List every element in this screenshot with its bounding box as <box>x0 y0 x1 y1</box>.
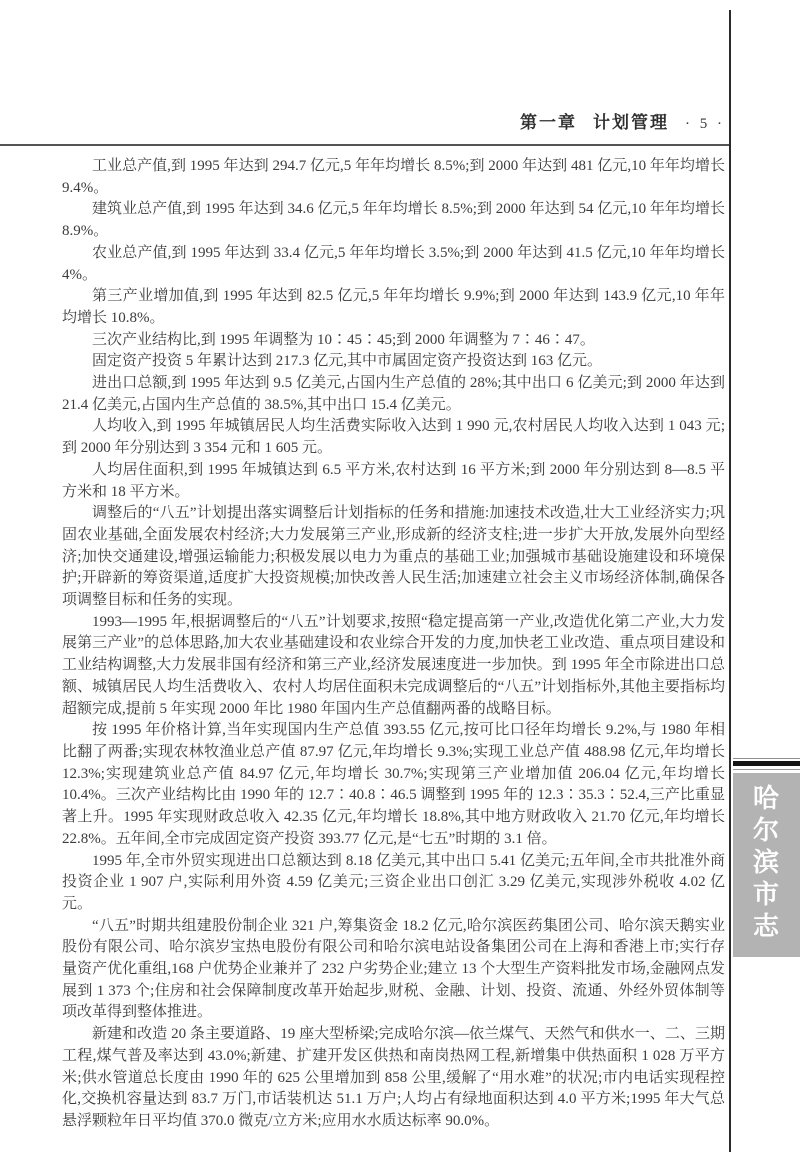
side-tab: 哈尔滨市志 <box>733 773 800 957</box>
paragraph: 进出口总额,到 1995 年达到 9.5 亿美元,占国内生产总值的 28%;其中… <box>62 373 725 416</box>
body-text: 工业总产值,到 1995 年达到 294.7 亿元,5 年年均增长 8.5%;到… <box>62 156 725 1133</box>
header-rule <box>0 144 731 146</box>
paragraph: 1995 年,全市外贸实现进出口总额达到 8.18 亿美元,其中出口 5.41 … <box>62 851 725 916</box>
paragraph: 建筑业总产值,到 1995 年达到 34.6 亿元,5 年年均增长 8.5%;到… <box>62 199 725 242</box>
paragraph: 新建和改造 20 条主要道路、19 座大型桥梁;完成哈尔滨—依兰煤气、天然气和供… <box>62 1024 725 1133</box>
paragraph: 农业总产值,到 1995 年达到 33.4 亿元,5 年年均增长 3.5%;到 … <box>62 243 725 286</box>
side-tab-top-line <box>733 758 800 759</box>
page-header: 第一章 计划管理 · 5 · <box>520 108 725 133</box>
side-tab-black-bar <box>733 761 800 766</box>
paragraph: 第三产业增加值,到 1995 年达到 82.5 亿元,5 年年均增长 9.9%;… <box>62 286 725 329</box>
book-title-vertical: 哈尔滨市志 <box>751 784 777 957</box>
paragraph: 按 1995 年价格计算,当年实现国内生产总值 393.55 亿元,按可比口径年… <box>62 720 725 850</box>
section-title: 计划管理 <box>593 108 669 133</box>
chapter-title: 第一章 <box>520 108 577 133</box>
paragraph: 固定资产投资 5 年累计达到 217.3 亿元,其中市属固定资产投资达到 163… <box>62 351 725 373</box>
scanned-book-page: 第一章 计划管理 · 5 · 工业总产值,到 1995 年达到 294.7 亿元… <box>0 0 800 1159</box>
paragraph: “八五”时期共组建股份制企业 321 户,筹集资金 18.2 亿元,哈尔滨医药集… <box>62 916 725 1025</box>
paragraph: 人均居住面积,到 1995 年城镇达到 6.5 平方米,农村达到 16 平方米;… <box>62 460 725 503</box>
paragraph: 三次产业结构比,到 1995 年调整为 10∶45∶45;到 2000 年调整为… <box>62 330 725 352</box>
paragraph: 人均收入,到 1995 年城镇居民人均生活费实际收入达到 1 990 元,农村居… <box>62 416 725 459</box>
paragraph: 调整后的“八五”计划提出落实调整后计划指标的任务和措施:加速技术改造,壮大工业经… <box>62 503 725 612</box>
page-edge-line <box>729 10 731 1152</box>
paragraph: 1993—1995 年,根据调整后的“八五”计划要求,按照“稳定提高第一产业,改… <box>62 612 725 721</box>
paragraph: 工业总产值,到 1995 年达到 294.7 亿元,5 年年均增长 8.5%;到… <box>62 156 725 199</box>
side-tab-bottom-line <box>733 769 800 770</box>
page-number: · 5 · <box>685 116 725 133</box>
